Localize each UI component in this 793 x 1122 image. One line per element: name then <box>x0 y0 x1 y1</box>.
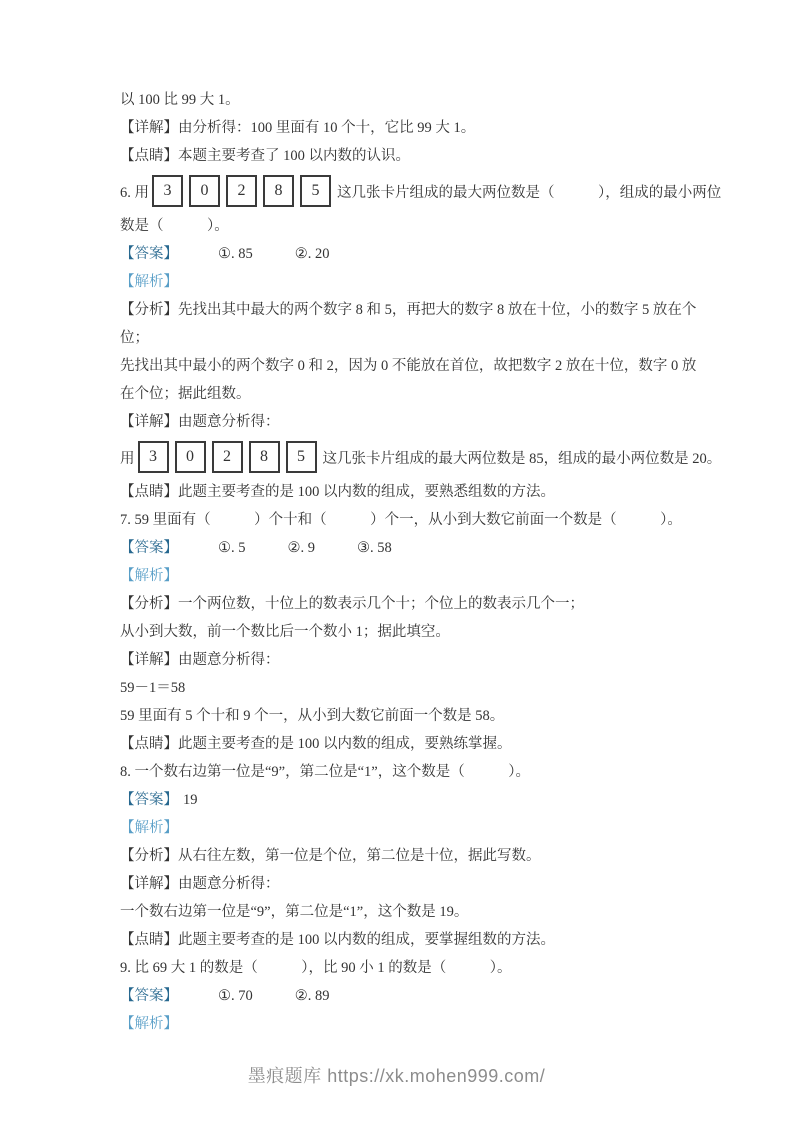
answer-item: ②. 20 <box>295 240 330 268</box>
worksheet-page: 以 100 比 99 大 1。 【详解】由分析得：100 里面有 10 个十，它… <box>0 0 793 1122</box>
digit-card: 5 <box>286 441 317 473</box>
q8-detail-heading: 【详解】由题意分析得： <box>120 870 680 898</box>
q8-note-text: 【点睛】此题主要考查的是 100 以内数的组成，要掌握组数的方法。 <box>120 926 680 954</box>
q7-analysis-text: 从小到大数，前一个数比后一个数小 1；据此填空。 <box>120 618 680 646</box>
answer-item: ①. 5 <box>218 534 246 562</box>
footer-site-url[interactable]: https://xk.mohen999.com/ <box>327 1066 545 1086</box>
q8-analysis-heading: 【解析】 <box>120 814 680 842</box>
q6-detail-prefix: 用 <box>120 447 135 468</box>
q6-analysis-text: 先找出其中最小的两个数字 0 和 2，因为 0 不能放在首位，故把数字 2 放在… <box>120 352 680 380</box>
q6-stem-continued: 数是（ ）。 <box>120 212 680 240</box>
q6-stem-suffix: 这几张卡片组成的最大两位数是（ ），组成的最小两位 <box>337 181 721 202</box>
q6-note-text: 【点睛】此题主要考查的是 100 以内数的组成，要熟悉组数的方法。 <box>120 478 680 506</box>
analysis-label: 【解析】 <box>120 1016 178 1032</box>
q7-conclusion-text: 59 里面有 5 个十和 9 个一，从小到大数它前面一个数是 58。 <box>120 702 680 730</box>
q7-answer-line: 【答案】①. 5②. 9③. 58 <box>120 534 680 562</box>
q8-answer-line: 【答案】19 <box>120 786 680 814</box>
q9-answer-line: 【答案】①. 70②. 89 <box>120 982 680 1010</box>
q8-conclusion-text: 一个数右边第一位是“9”，第二位是“1”，这个数是 19。 <box>120 898 680 926</box>
analysis-label: 【解析】 <box>120 568 178 584</box>
worksheet-content: 以 100 比 99 大 1。 【详解】由分析得：100 里面有 10 个十，它… <box>120 86 680 1038</box>
analysis-label: 【解析】 <box>120 820 178 836</box>
q7-calculation: 59－1＝58 <box>120 674 680 702</box>
answer-value: 19 <box>183 792 198 808</box>
q9-analysis-heading: 【解析】 <box>120 1010 680 1038</box>
digit-card: 0 <box>189 175 220 207</box>
digit-card: 3 <box>138 441 169 473</box>
q7-analysis-heading: 【解析】 <box>120 562 680 590</box>
analysis-label: 【解析】 <box>120 274 178 290</box>
answer-item: ②. 89 <box>295 982 330 1010</box>
q5-conclusion-text: 以 100 比 99 大 1。 <box>120 86 680 114</box>
q8-analysis-text: 【分析】从右往左数，第一位是个位，第二位是十位，据此写数。 <box>120 842 680 870</box>
q6-detail-cards-line: 用 3 0 2 8 5 这几张卡片组成的最大两位数是 85，组成的最小两位数是 … <box>120 436 680 478</box>
q7-analysis-text: 【分析】一个两位数，十位上的数表示几个十；个位上的数表示几个一； <box>120 590 680 618</box>
digit-card: 2 <box>212 441 243 473</box>
answer-item: ③. 58 <box>357 534 392 562</box>
digit-card: 5 <box>300 175 331 207</box>
q6-detail-suffix: 这几张卡片组成的最大两位数是 85，组成的最小两位数是 20。 <box>323 447 722 468</box>
q5-note-text: 【点睛】本题主要考查了 100 以内数的认识。 <box>120 142 680 170</box>
answer-item: ①. 70 <box>218 982 253 1010</box>
q6-stem-prefix: 6. 用 <box>120 181 149 202</box>
q7-detail-heading: 【详解】由题意分析得： <box>120 646 680 674</box>
q9-stem: 9. 比 69 大 1 的数是（ ），比 90 小 1 的数是（ ）。 <box>120 954 680 982</box>
q6-detail-heading: 【详解】由题意分析得： <box>120 408 680 436</box>
q7-note-text: 【点睛】此题主要考查的是 100 以内数的组成，要熟练掌握。 <box>120 730 680 758</box>
digit-card: 8 <box>249 441 280 473</box>
footer-site-name: 墨痕题库 <box>248 1066 322 1086</box>
answer-label: 【答案】 <box>120 540 178 556</box>
answer-label: 【答案】 <box>120 988 178 1004</box>
q6-analysis-text: 【分析】先找出其中最大的两个数字 8 和 5，再把大的数字 8 放在十位，小的数… <box>120 296 680 324</box>
q6-analysis-heading: 【解析】 <box>120 268 680 296</box>
q7-stem: 7. 59 里面有（ ）个十和（ ）个一，从小到大数它前面一个数是（ ）。 <box>120 506 680 534</box>
digit-card: 0 <box>175 441 206 473</box>
answer-item: ①. 85 <box>218 240 253 268</box>
answer-item: ②. 9 <box>288 534 316 562</box>
digit-card: 3 <box>152 175 183 207</box>
footer: 墨痕题库 https://xk.mohen999.com/ <box>0 1062 793 1088</box>
answer-label: 【答案】 <box>120 792 178 808</box>
q6-stem: 6. 用 3 0 2 8 5 这几张卡片组成的最大两位数是（ ），组成的最小两位 <box>120 170 680 212</box>
q6-answer-line: 【答案】①. 85②. 20 <box>120 240 680 268</box>
q6-analysis-text: 位； <box>120 324 680 352</box>
answer-label: 【答案】 <box>120 246 178 262</box>
q5-detail-text: 【详解】由分析得：100 里面有 10 个十，它比 99 大 1。 <box>120 114 680 142</box>
q8-stem: 8. 一个数右边第一位是“9”，第二位是“1”，这个数是（ ）。 <box>120 758 680 786</box>
digit-card: 8 <box>263 175 294 207</box>
q6-analysis-text: 在个位；据此组数。 <box>120 380 680 408</box>
digit-card: 2 <box>226 175 257 207</box>
